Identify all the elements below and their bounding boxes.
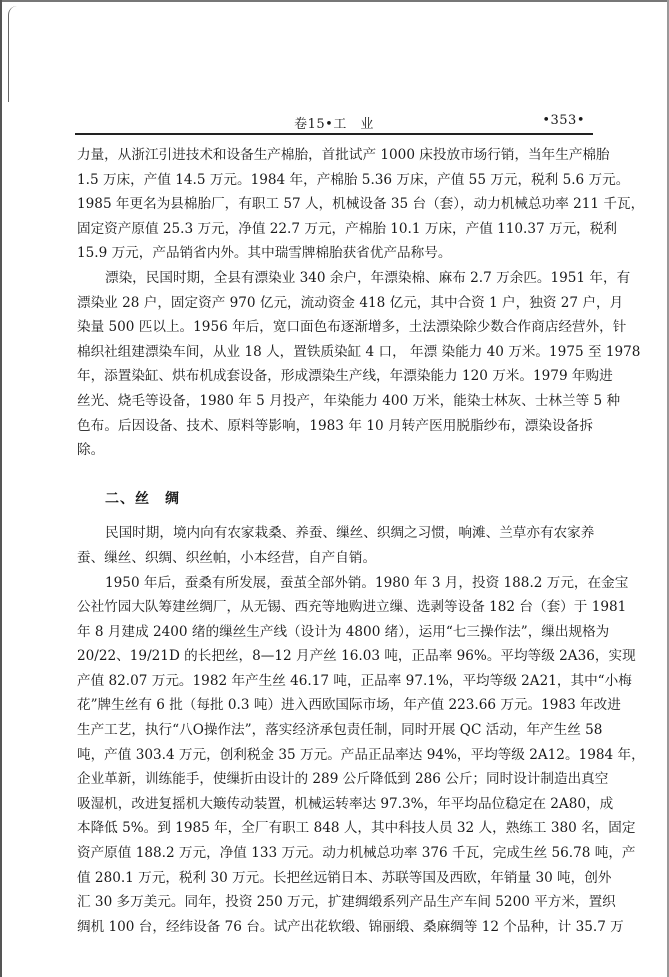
scan-artifact xyxy=(8,6,17,102)
paragraph-dyeing: 漂染，民国时期，全县有漂染业 340 余户，年漂染棉、麻布 2.7 万余匹。19… xyxy=(77,266,593,463)
scan-edge-left xyxy=(0,0,2,977)
paragraph-cotton-batting: 力量，从浙江引进技术和设备生产棉胎，首批试产 1000 床投放市场行销，当年生产… xyxy=(77,143,593,266)
text-line: 力量，从浙江引进技术和设备生产棉胎，首批试产 1000 床投放市场行销，当年生产… xyxy=(77,143,593,168)
text-line: 公社竹园大队筹建丝绸厂，从无锡、西充等地购进立缫、选剥等设备 182 台（套）于… xyxy=(77,595,593,620)
text-line: 年，添置染缸、烘布机成套设备，形成漂染生产线，年漂染能力 120 万米。1979… xyxy=(77,364,593,389)
text-line: 吨，产值 303.4 万元，创利税金 35 万元。产品正品率达 94%，平均等级… xyxy=(77,743,593,768)
text-line: 染量 500 匹以上。1956 年后，宽口面色布逐渐增多，土法漂染除少数合作商店… xyxy=(77,315,593,340)
text-line: 本降低 5%。到 1985 年，全厂有职工 848 人，其中科技人员 32 人，… xyxy=(77,816,593,841)
text-line: 值 280.1 万元，税利 30 万元。长把丝远销日本、苏联等国及西欧，年销量 … xyxy=(77,866,593,891)
section-heading: 二、丝 绸 xyxy=(77,487,593,512)
text-line: 固定资产原值 25.3 万元，净值 22.7 万元，产棉胎 10.1 万床，产值… xyxy=(77,217,593,242)
text-line: 漂染业 28 户，固定资产 970 亿元，流动资金 418 亿元，其中合资 1 … xyxy=(77,291,593,316)
text-line: 15.9 万元，产品销省内外。其中瑞雪牌棉胎获省优产品称号。 xyxy=(77,241,593,266)
heading-spacer xyxy=(77,511,593,521)
paragraph-silk-factory: 1950 年后，蚕桑有所发展，蚕茧全部外销。1980 年 3 月，投资 188.… xyxy=(77,571,593,940)
text-line: 生产工艺，执行“八O操作法”，落实经济承包责任制，同时开展 QC 活动，年产生丝… xyxy=(77,718,593,743)
text-line: 年 8 月建成 2400 绪的缫丝生产线（设计为 4800 绪），运用“七三操作… xyxy=(77,620,593,645)
text-line: 20/22、19/21D 的长把丝，8—12 月产丝 16.03 吨，正品率 9… xyxy=(77,644,593,669)
text-line: 除。 xyxy=(77,438,593,463)
page-body: 力量，从浙江引进技术和设备生产棉胎，首批试产 1000 床投放市场行销，当年生产… xyxy=(77,143,593,939)
text-line: 企业革新，训练能手，使缫折由设计的 289 公斤降低到 286 公斤；同时设计制… xyxy=(77,767,593,792)
text-line: 1.5 万床，产值 14.5 万元。1984 年，产棉胎 5.36 万床，产值 … xyxy=(77,168,593,193)
paragraph-silk-history: 民国时期，境内向有农家栽桑、养蚕、缫丝、织绸之习惯，响滩、兰草亦有农家养 蚕、缫… xyxy=(77,521,593,570)
text-line: 吸湿机，改进复摇机大簸传动装置，机械运转率达 97.3%，年平均品位稳定在 2A… xyxy=(77,792,593,817)
text-line: 漂染，民国时期，全县有漂染业 340 余户，年漂染棉、麻布 2.7 万余匹。19… xyxy=(77,266,593,291)
header-rule xyxy=(75,133,593,135)
text-line: 1950 年后，蚕桑有所发展，蚕茧全部外销。1980 年 3 月，投资 188.… xyxy=(77,571,593,596)
scan-edge-top xyxy=(0,0,669,2)
text-line: 蚕、缫丝、织绸、织丝帕，小本经营，自产自销。 xyxy=(77,546,593,571)
page-number: •353• xyxy=(542,113,585,128)
text-line: 色布。后因设备、技术、原料等影响，1983 年 10 月转产医用脱脂纱布，漂染设… xyxy=(77,414,593,439)
text-line: 产值 82.07 万元。1982 年产生丝 46.17 吨，正品率 97.1%，… xyxy=(77,669,593,694)
text-line: 民国时期，境内向有农家栽桑、养蚕、缫丝、织绸之习惯，响滩、兰草亦有农家养 xyxy=(77,521,593,546)
text-line: 汇 30 多万美元。同年，投资 250 万元，扩建绸缎系列产品生产车间 5200… xyxy=(77,890,593,915)
text-line: 1985 年更名为县棉胎厂，有职工 57 人，机械设备 35 台（套），动力机械… xyxy=(77,192,593,217)
text-line: 棉织社组建漂染车间，从业 18 人，置铁质染缸 4 口， 年漂 染能力 40 万… xyxy=(77,340,593,365)
text-line: 绸机 100 台，经纬设备 76 台。试产出花软缎、锦丽缎、桑麻绸等 12 个品… xyxy=(77,915,593,940)
text-line: 花”牌生丝有 6 批（每批 0.3 吨）进入西欧国际市场，年产值 223.66 … xyxy=(77,693,593,718)
chapter-title: 卷15•工 业 xyxy=(75,113,593,132)
running-header: 卷15•工 业 •353• xyxy=(75,113,593,133)
text-line: 资产原值 188.2 万元，净值 133 万元。动力机械总功率 376 千瓦，完… xyxy=(77,841,593,866)
text-line: 丝光、烧毛等设备，1980 年 5 月投产，年染能力 400 万米，能染士林灰、… xyxy=(77,389,593,414)
section-spacer xyxy=(77,463,593,487)
